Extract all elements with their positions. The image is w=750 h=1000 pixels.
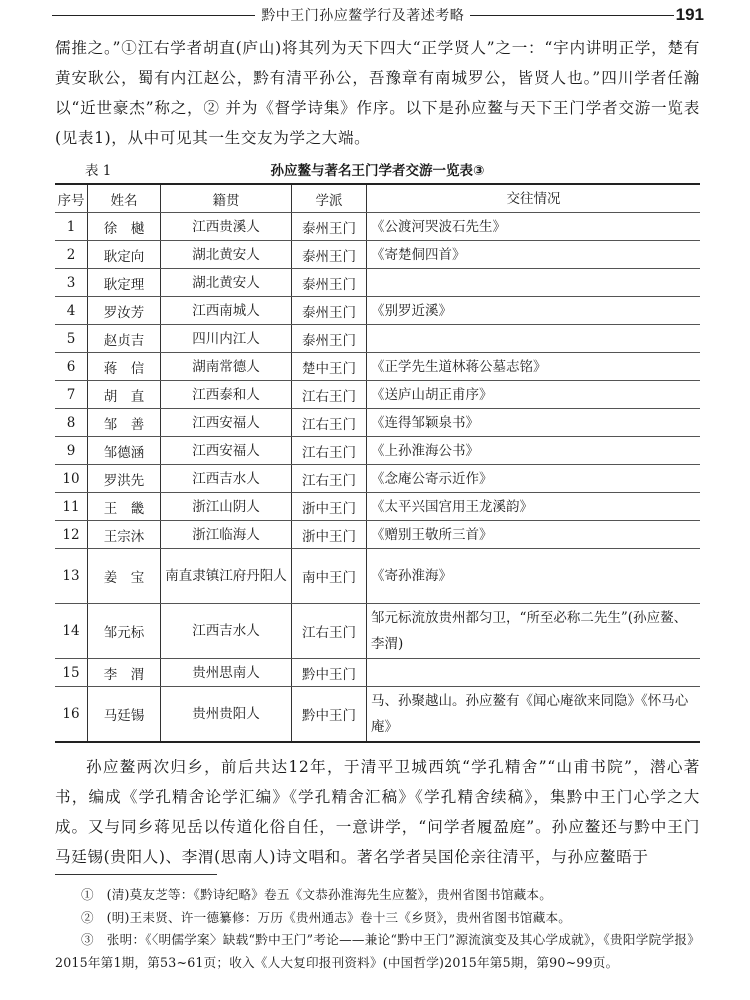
cell-name: 王 畿: [88, 493, 161, 521]
cell-name: 邹德涵: [88, 437, 161, 465]
cell-no: 9: [55, 437, 88, 465]
cell-origin: 江西安福人: [161, 409, 292, 437]
running-head-title: 黔中王门孙应鳌学行及著述考略: [255, 5, 470, 25]
table-row: 1 徐 樾 江西贵溪人 泰州王门 《公渡河哭波石先生》: [55, 213, 700, 241]
footnote-rule: [55, 874, 217, 875]
cell-origin: 贵州思南人: [161, 659, 292, 687]
cell-school: 泰州王门: [292, 269, 367, 297]
table-row: 12 王宗沐 浙江临海人 浙中王门 《赠别王敬所三首》: [55, 521, 700, 549]
cell-school: 江右王门: [292, 409, 367, 437]
cell-no: 12: [55, 521, 88, 549]
header-school: 学派: [292, 184, 367, 213]
header-relation: 交往情况: [367, 184, 701, 213]
cell-relation: 《别罗近溪》: [367, 297, 701, 325]
cell-origin: 浙江山阴人: [161, 493, 292, 521]
cell-origin: 湖南常德人: [161, 353, 292, 381]
cell-school: 江右王门: [292, 381, 367, 409]
cell-no: 16: [55, 687, 88, 743]
table-row: 14 邹元标 江西吉水人 江右王门 邹元标流放贵州都匀卫，“所至必称二先生”(孙…: [55, 604, 700, 659]
cell-relation: 《太平兴国宫用王龙溪韵》: [367, 493, 701, 521]
cell-relation: [367, 659, 701, 687]
cell-no: 3: [55, 269, 88, 297]
table-row: 4 罗汝芳 江西南城人 泰州王门 《别罗近溪》: [55, 297, 700, 325]
cell-school: 泰州王门: [292, 213, 367, 241]
cell-name: 耿定向: [88, 241, 161, 269]
header-name: 姓名: [88, 184, 161, 213]
cell-name: 邹元标: [88, 604, 161, 659]
table-header-row: 序号 姓名 籍贯 学派 交往情况: [55, 184, 700, 213]
header-no: 序号: [55, 184, 88, 213]
cell-no: 5: [55, 325, 88, 353]
cell-origin: 贵州贵阳人: [161, 687, 292, 743]
cell-relation: 《念庵公寄示近作》: [367, 465, 701, 493]
cell-relation: [367, 269, 701, 297]
scholars-table: 序号 姓名 籍贯 学派 交往情况 1 徐 樾 江西贵溪人 泰州王门 《公渡河哭波…: [55, 183, 700, 743]
cell-relation: 马、孙聚越山。孙应鳌有《闻心庵欲来同隐》《怀马心庵》: [367, 687, 701, 743]
cell-origin: 浙江临海人: [161, 521, 292, 549]
cell-name: 胡 直: [88, 381, 161, 409]
cell-no: 6: [55, 353, 88, 381]
cell-school: 黔中王门: [292, 659, 367, 687]
cell-no: 13: [55, 549, 88, 604]
cell-no: 8: [55, 409, 88, 437]
cell-relation: 《赠别王敬所三首》: [367, 521, 701, 549]
cell-school: 南中王门: [292, 549, 367, 604]
cell-name: 王宗沐: [88, 521, 161, 549]
cell-no: 4: [55, 297, 88, 325]
table-row: 2 耿定向 湖北黄安人 泰州王门 《寄楚侗四首》: [55, 241, 700, 269]
header-origin: 籍贯: [161, 184, 292, 213]
cell-origin: 江西吉水人: [161, 604, 292, 659]
cell-origin: 湖北黄安人: [161, 269, 292, 297]
table-row: 3 耿定理 湖北黄安人 泰州王门: [55, 269, 700, 297]
cell-school: 江右王门: [292, 465, 367, 493]
cell-name: 罗汝芳: [88, 297, 161, 325]
cell-name: 徐 樾: [88, 213, 161, 241]
table-row: 5 赵贞吉 四川内江人 泰州王门: [55, 325, 700, 353]
page-number: 191: [674, 5, 704, 25]
cell-relation: 《正学先生道林蒋公墓志铭》: [367, 353, 701, 381]
cell-school: 泰州王门: [292, 241, 367, 269]
cell-name: 马廷锡: [88, 687, 161, 743]
cell-school: 江右王门: [292, 437, 367, 465]
cell-origin: 江西贵溪人: [161, 213, 292, 241]
footnote-1: ① (清)莫友芝等：《黔诗纪略》卷五《文恭孙淮海先生应鳌》，贵州省图书馆藏本。: [55, 884, 700, 907]
cell-school: 泰州王门: [292, 297, 367, 325]
cell-name: 李 渭: [88, 659, 161, 687]
cell-no: 14: [55, 604, 88, 659]
cell-relation: 《寄孙淮海》: [367, 549, 701, 604]
cell-school: 江右王门: [292, 604, 367, 659]
cell-school: 浙中王门: [292, 493, 367, 521]
table-row: 8 邹 善 江西安福人 江右王门 《连得邹颖泉书》: [55, 409, 700, 437]
cell-origin: 江西吉水人: [161, 465, 292, 493]
cell-name: 耿定理: [88, 269, 161, 297]
header-rule-right: [470, 15, 673, 16]
body-paragraph-1: 儒推之。”①江右学者胡直(庐山)将其列为天下四大“正学贤人”之一：“宇内讲明正学…: [55, 33, 700, 153]
table-row: 6 蒋 信 湖南常德人 楚中王门 《正学先生道林蒋公墓志铭》: [55, 353, 700, 381]
cell-relation: 邹元标流放贵州都匀卫，“所至必称二先生”(孙应鳌、李渭): [367, 604, 701, 659]
table-row: 9 邹德涵 江西安福人 江右王门 《上孙淮海公书》: [55, 437, 700, 465]
cell-school: 黔中王门: [292, 687, 367, 743]
cell-no: 15: [55, 659, 88, 687]
cell-name: 罗洪先: [88, 465, 161, 493]
table-row: 15 李 渭 贵州思南人 黔中王门: [55, 659, 700, 687]
footnote-3: ③ 张明：《〈明儒学案〉缺载“黔中王门”考论——兼论“黔中王门”源流演变及其心学…: [55, 929, 700, 974]
header-rule-left: [52, 15, 255, 16]
cell-origin: 湖北黄安人: [161, 241, 292, 269]
cell-relation: 《寄楚侗四首》: [367, 241, 701, 269]
table-row: 16 马廷锡 贵州贵阳人 黔中王门 马、孙聚越山。孙应鳌有《闻心庵欲来同隐》《怀…: [55, 687, 700, 743]
table-caption: 表 1 孙应鳌与著名王门学者交游一览表③: [55, 155, 700, 179]
body-paragraph-2: 孙应鳌两次归乡，前后共达12年，于清平卫城西筑“学孔精舍”“山甫书院”，潜心著书…: [55, 752, 700, 872]
cell-name: 赵贞吉: [88, 325, 161, 353]
cell-relation: 《上孙淮海公书》: [367, 437, 701, 465]
footnotes: ① (清)莫友芝等：《黔诗纪略》卷五《文恭孙淮海先生应鳌》，贵州省图书馆藏本。 …: [55, 884, 700, 974]
cell-relation: 《公渡河哭波石先生》: [367, 213, 701, 241]
cell-relation: 《连得邹颖泉书》: [367, 409, 701, 437]
cell-name: 邹 善: [88, 409, 161, 437]
cell-origin: 江西泰和人: [161, 381, 292, 409]
running-head: 黔中王门孙应鳌学行及著述考略 191: [52, 4, 704, 26]
cell-school: 泰州王门: [292, 325, 367, 353]
cell-no: 10: [55, 465, 88, 493]
table-title: 孙应鳌与著名王门学者交游一览表③: [55, 159, 700, 179]
table-row: 10 罗洪先 江西吉水人 江右王门 《念庵公寄示近作》: [55, 465, 700, 493]
cell-no: 11: [55, 493, 88, 521]
footnote-2: ② (明)王耒贤、许一德纂修：万历《贵州通志》卷十三《乡贤》，贵州省图书馆藏本。: [55, 907, 700, 930]
cell-relation: [367, 325, 701, 353]
cell-relation: 《送庐山胡正甫序》: [367, 381, 701, 409]
table-row: 7 胡 直 江西泰和人 江右王门 《送庐山胡正甫序》: [55, 381, 700, 409]
cell-name: 姜 宝: [88, 549, 161, 604]
table-row: 11 王 畿 浙江山阴人 浙中王门 《太平兴国宫用王龙溪韵》: [55, 493, 700, 521]
cell-origin: 江西安福人: [161, 437, 292, 465]
cell-origin: 江西南城人: [161, 297, 292, 325]
cell-origin: 南直隶镇江府丹阳人: [161, 549, 292, 604]
cell-origin: 四川内江人: [161, 325, 292, 353]
cell-school: 楚中王门: [292, 353, 367, 381]
cell-no: 1: [55, 213, 88, 241]
table-row: 13 姜 宝 南直隶镇江府丹阳人 南中王门 《寄孙淮海》: [55, 549, 700, 604]
cell-no: 2: [55, 241, 88, 269]
cell-name: 蒋 信: [88, 353, 161, 381]
cell-school: 浙中王门: [292, 521, 367, 549]
cell-no: 7: [55, 381, 88, 409]
